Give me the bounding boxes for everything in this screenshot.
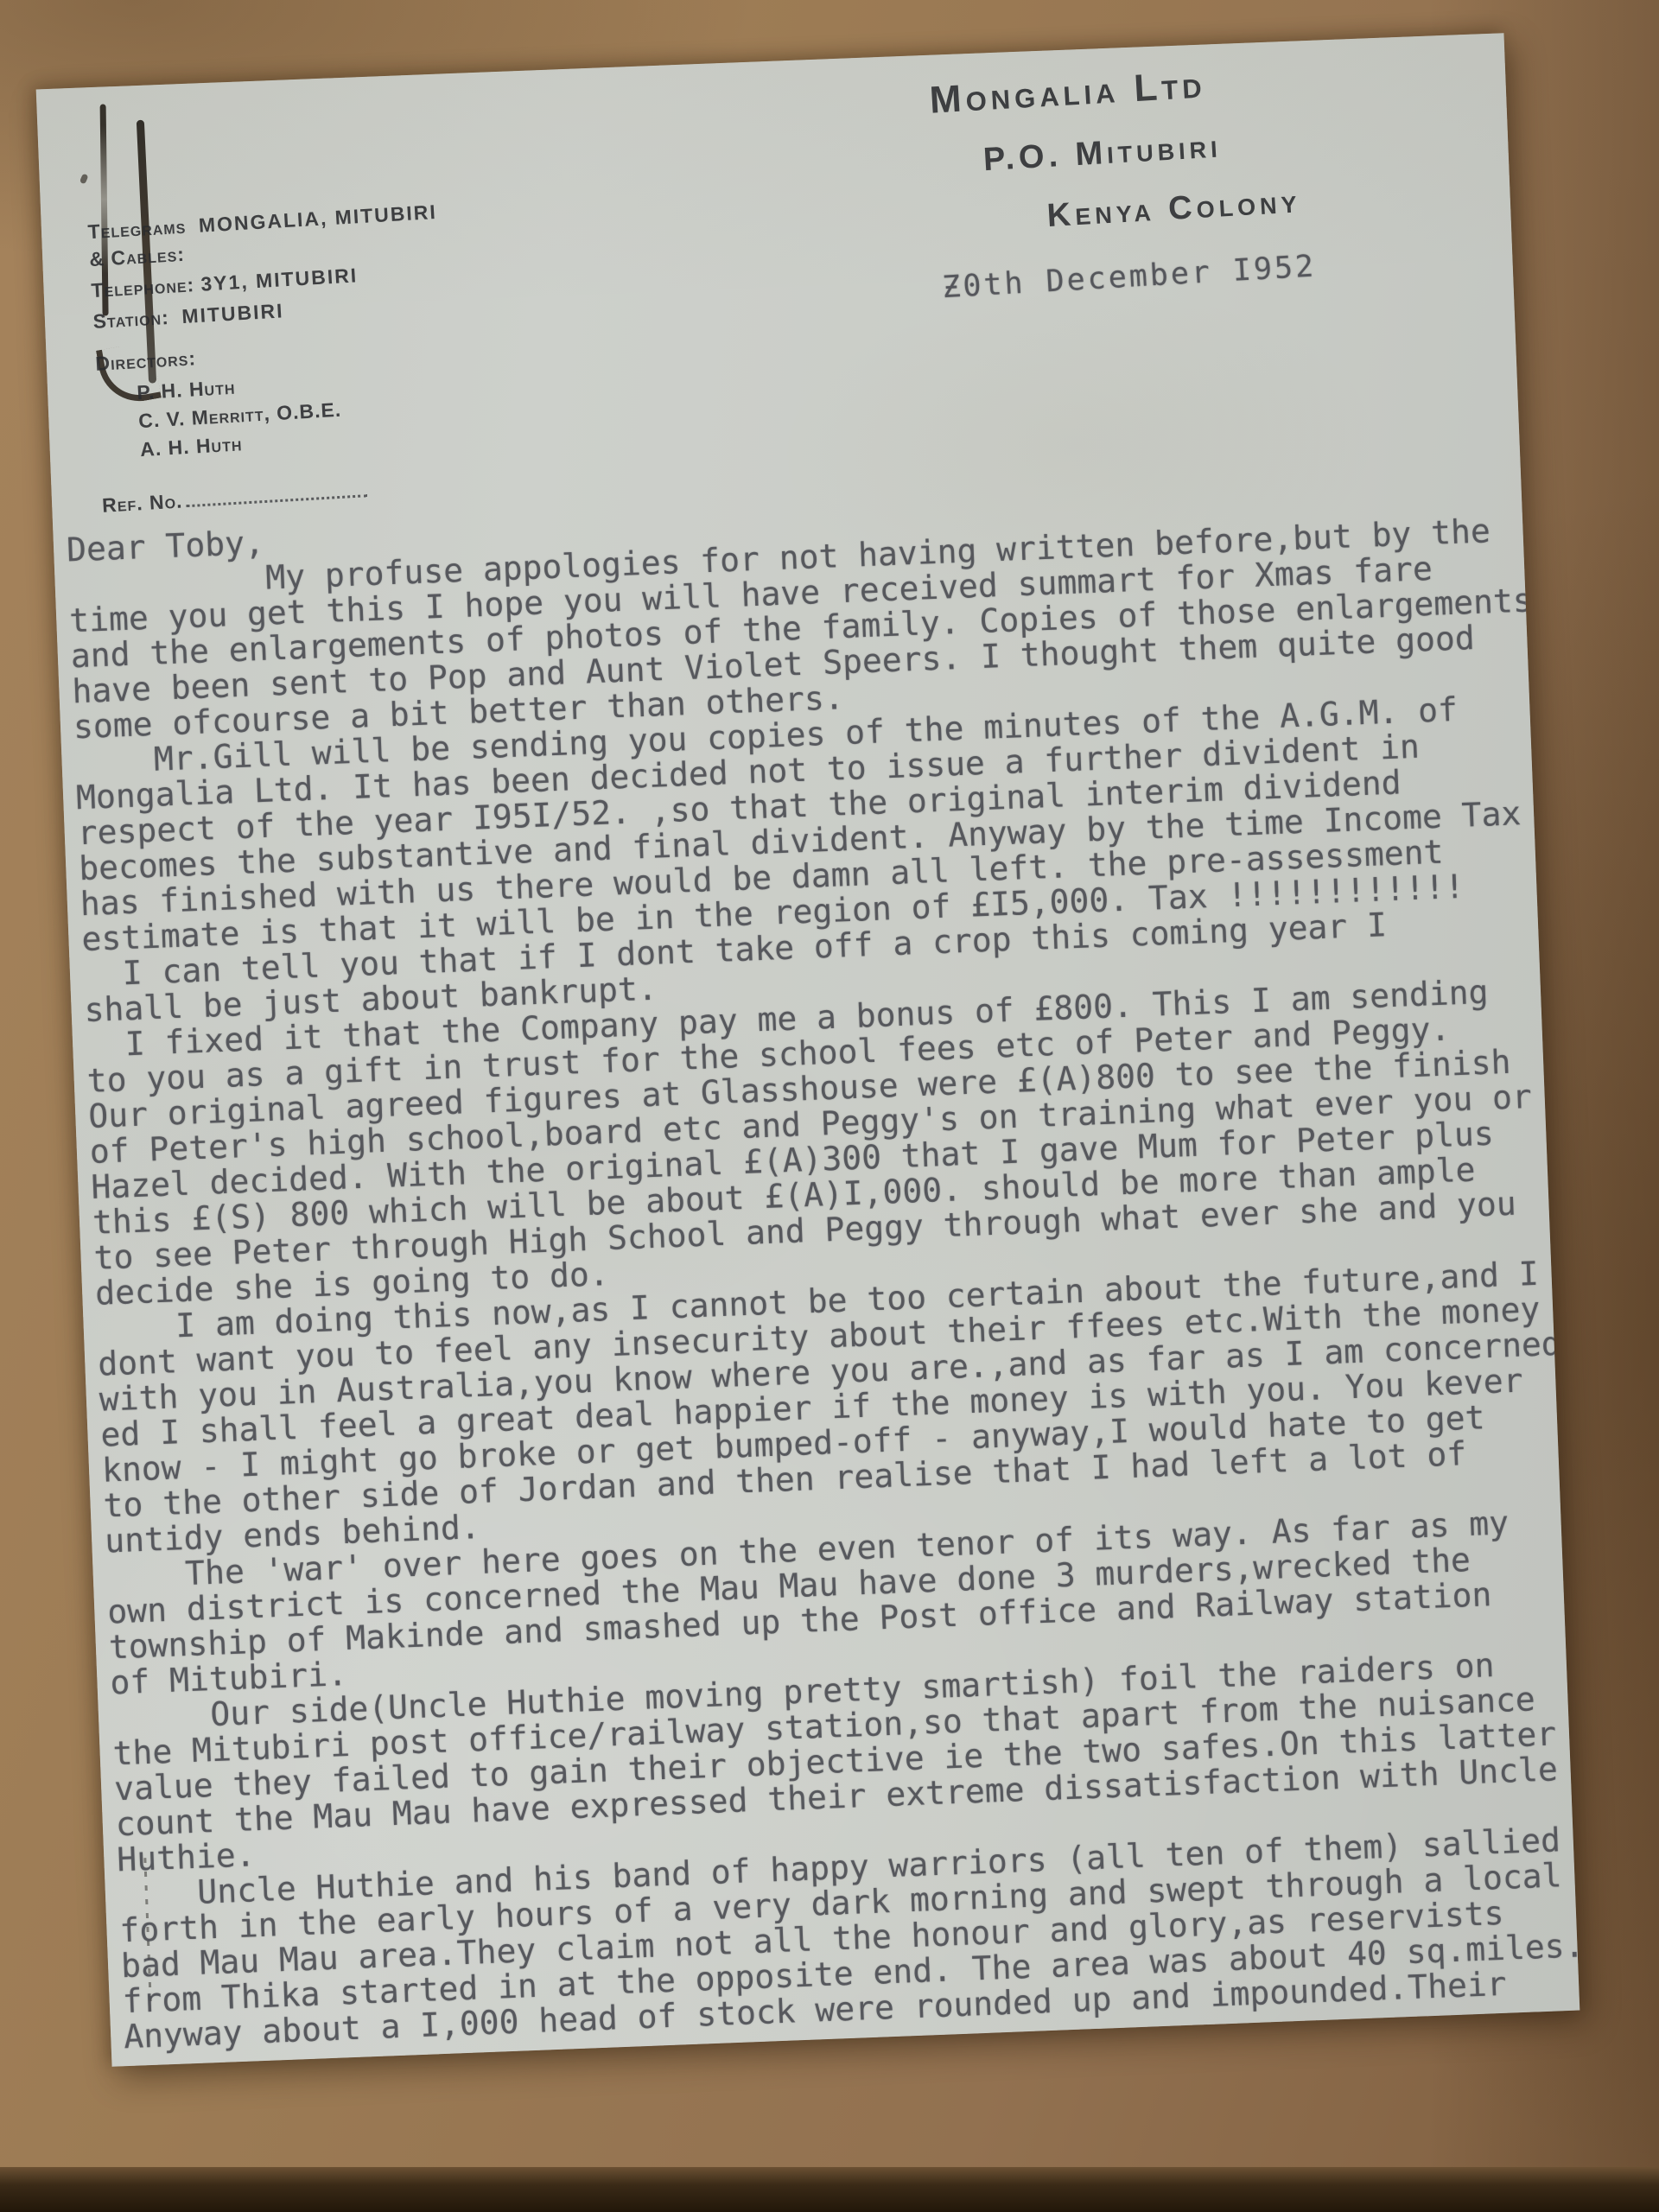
station-label: Station: bbox=[92, 306, 170, 333]
ref-label: Ref. No. bbox=[101, 489, 183, 516]
colony-line: Kenya Colony bbox=[1046, 174, 1473, 235]
telephone-value: 3Y1, MITUBIRI bbox=[200, 264, 359, 295]
station-value: MITUBIRI bbox=[181, 299, 285, 327]
ref-dotted-line bbox=[186, 479, 368, 507]
telegrams-label: Telegrams bbox=[87, 215, 187, 244]
letterhead-right-block: Mongalia Ltd P.O. Mitubiri Kenya Colony … bbox=[929, 48, 1477, 305]
directors-list: P. H. HuthC. V. Merritt, O.B.E.A. H. Hut… bbox=[97, 364, 450, 464]
company-name: Mongalia Ltd bbox=[929, 48, 1466, 123]
ink-smudge-dot bbox=[79, 173, 89, 184]
typed-letter-body: Dear Toby, My profuse appologies for not… bbox=[66, 474, 1580, 2055]
letterhead-left-block: Telegrams MONGALIA, MITUBIRI & Cables: T… bbox=[87, 200, 450, 464]
table-edge-strip bbox=[0, 2167, 1659, 2212]
letter-date: Ƶ0th December I952 bbox=[941, 240, 1476, 306]
telephone-label: Telephone: bbox=[91, 273, 195, 302]
ref-number-row: Ref. No. bbox=[101, 479, 367, 518]
cables-label: & Cables: bbox=[89, 243, 186, 270]
photo-of-letter: { "photo": { "background": "#9c7b54", "p… bbox=[0, 0, 1659, 2212]
po-address: P.O. Mitubiri bbox=[982, 114, 1470, 179]
letter-paper: Mongalia Ltd P.O. Mitubiri Kenya Colony … bbox=[36, 33, 1580, 2067]
